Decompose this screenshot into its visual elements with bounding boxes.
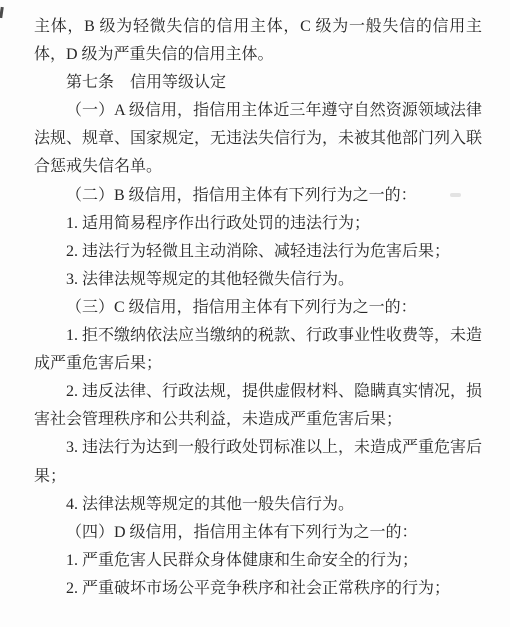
paragraph-grade-b-item-1: 1. 适用简易程序作出行政处罚的违法行为； [34,210,482,238]
document-text-block: 主体，B 级为轻微失信的信用主体，C 级为一般失信的信用主体，D 级为严重失信的… [34,13,482,603]
paragraph-article-7-heading: 第七条 信用等级认定 [34,69,482,97]
paragraph-grade-d-item-2: 2. 严重破坏市场公平竞争秩序和社会正常秩序的行为； [34,575,482,603]
scan-artifact-mark [0,7,4,18]
paragraph-grade-c-item-2: 2. 违反法律、行政法规，提供虚假材料、隐瞒真实情况，损害社会管理秩序和公共利益… [34,378,482,434]
paragraph-grade-d-item-1: 1. 严重危害人民群众身体健康和生命安全的行为； [34,547,482,575]
paragraph-grade-c-item-3: 3. 违法行为达到一般行政处罚标准以上，未造成严重危害后果； [34,434,482,490]
paragraph-grade-c-item-4: 4. 法律法规等规定的其他一般失信行为。 [34,491,482,519]
document-page: 主体，B 级为轻微失信的信用主体，C 级为一般失信的信用主体，D 级为严重失信的… [0,0,510,627]
paragraph-grade-b-item-2: 2. 违法行为轻微且主动消除、减轻违法行为危害后果； [34,238,482,266]
paragraph-grade-d-definition: （四）D 级信用，指信用主体有下列行为之一的： [34,519,482,547]
paragraph-grade-c-definition: （三）C 级信用，指信用主体有下列行为之一的： [34,294,482,322]
paragraph-grade-c-item-1: 1. 拒不缴纳依法应当缴纳的税款、行政事业性收费等，未造成严重危害后果； [34,322,482,378]
paragraph-grade-a-definition: （一）A 级信用，指信用主体近三年遵守自然资源领域法律法规、规章、国家规定，无违… [34,97,482,181]
paragraph-grade-b-definition: （二）B 级信用，指信用主体有下列行为之一的： [34,182,482,210]
paragraph-grade-b-item-3: 3. 法律法规等规定的其他轻微失信行为。 [34,266,482,294]
paragraph-continuation: 主体，B 级为轻微失信的信用主体，C 级为一般失信的信用主体，D 级为严重失信的… [34,13,482,69]
